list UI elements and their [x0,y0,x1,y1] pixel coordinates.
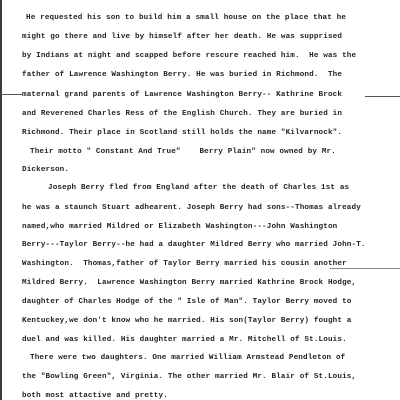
text-line: He requested his son to build him a smal… [26,13,346,23]
text-line: daughter of Charles Hodge of the " Isle … [22,297,352,307]
text-line: Mildred Berry. Lawrence Washington Berry… [22,278,356,288]
text-line: by Indians at night and scapped before r… [22,51,356,61]
scan-artifact-line [330,268,400,269]
text-line: Washington. Thomas,father of Taylor Berr… [22,259,347,269]
text-line: might go there and live by himself after… [22,32,342,42]
text-line: Dickerson. [22,165,69,175]
text-line: the "Bowling Green", Virginia. The other… [22,372,356,382]
text-line: father of Lawrence Washington Berry. He … [22,70,342,80]
text-line: There were two daughters. One married Wi… [30,353,345,363]
page-edge-border [0,0,2,400]
text-line: Their motto " Constant And True" Berry P… [30,147,336,157]
text-line: he was a staunch Stuart adhearent. Josep… [22,203,361,213]
scan-artifact-line [0,94,22,95]
text-line: both most attactive and pretty. [22,391,168,400]
text-line: maternal grand parents of Lawrence Washi… [22,90,342,100]
scan-artifact-line [365,96,400,97]
text-line: duel and was killed. His daughter marrie… [22,335,347,345]
text-line: Berry---Taylor Berry--he had a daughter … [22,240,366,250]
text-line: Joseph Berry fled from England after the… [48,183,349,193]
text-line: Richmond. Their place in Scotland still … [22,128,342,138]
scanned-document-page: He requested his son to build him a smal… [0,0,400,400]
text-line: and Reverened Charles Ress of the Englis… [22,109,342,119]
text-line: named,who married Mildred or Elizabeth W… [22,222,337,232]
text-line: Kentuckey,we don't know who he married. … [22,316,352,326]
